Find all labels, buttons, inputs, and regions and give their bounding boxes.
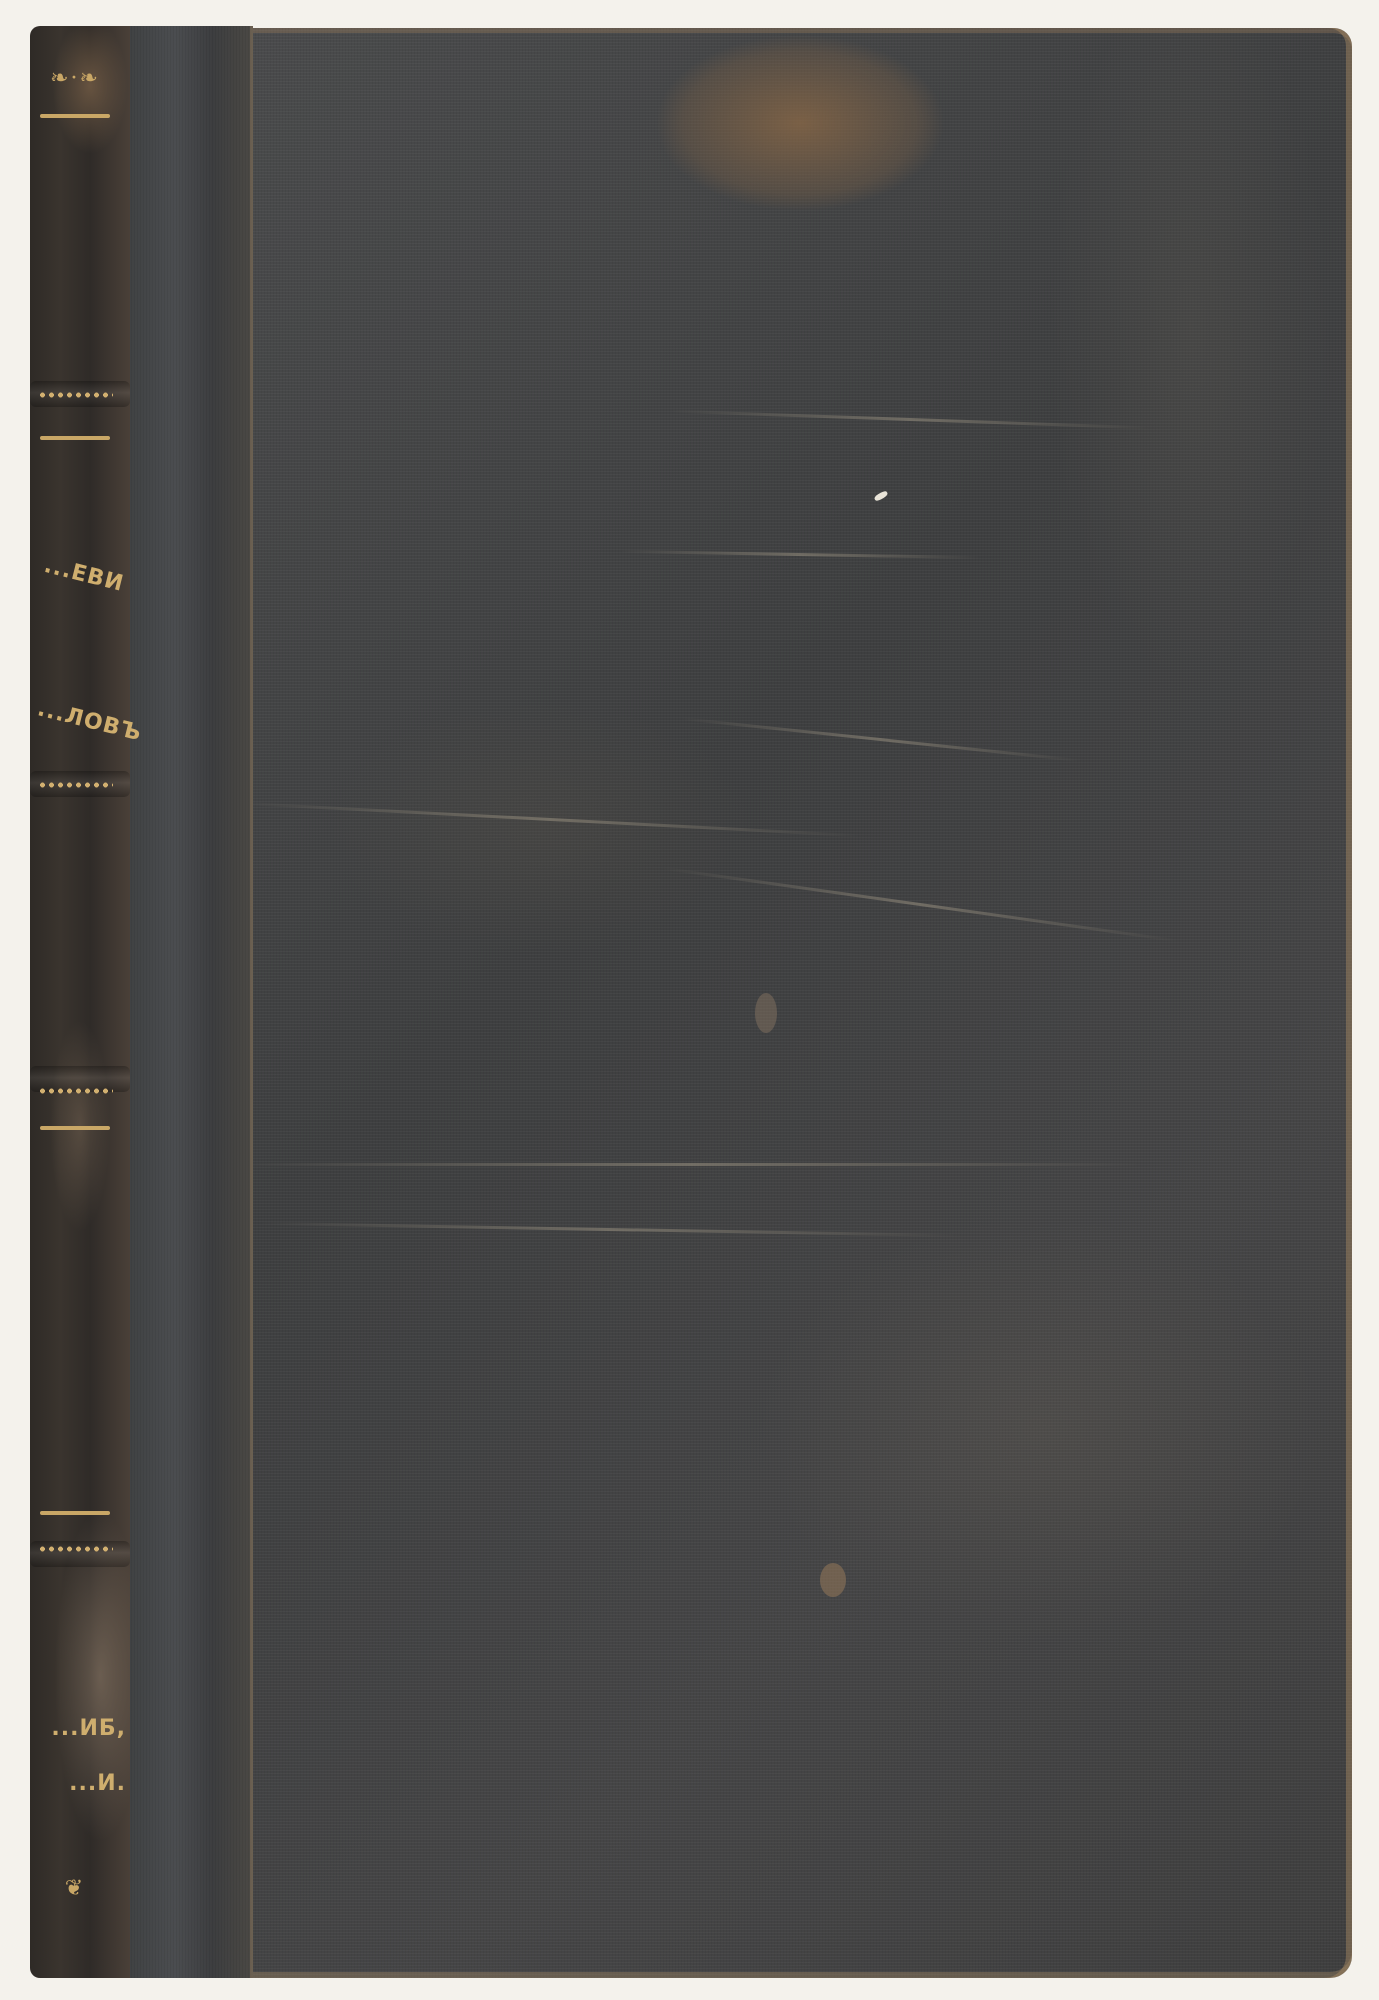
cover-stain	[820, 1563, 846, 1597]
front-cover-board	[240, 28, 1352, 1978]
gilt-rule	[40, 114, 110, 118]
gilt-dot-row	[38, 782, 113, 788]
gilt-rule	[40, 1126, 110, 1130]
cover-crease	[620, 550, 980, 559]
cover-crease	[681, 717, 1079, 762]
spine-title-line-1: ...ЕВИ	[35, 551, 126, 597]
cover-crease	[260, 1222, 960, 1237]
gilt-dot-row	[38, 1546, 113, 1552]
cover-scuff	[873, 490, 888, 502]
cover-crease	[240, 1163, 1140, 1166]
gilt-rule	[40, 1511, 110, 1515]
gilt-dot-row	[38, 1088, 113, 1094]
spine-bottom-line-2: ...И.	[38, 1771, 126, 1796]
bottom-ornament-icon: ❦	[40, 1876, 110, 1901]
cloth-hinge-strip	[125, 26, 253, 1978]
gilt-dot-row	[38, 392, 113, 398]
book: ❧·❧ ...ЕВИ ...ЛОВЪ ...ИБ, ...И. ❦	[30, 26, 1352, 1978]
top-ornament-icon: ❧·❧	[40, 66, 110, 91]
cover-crease	[240, 802, 859, 837]
cover-crease	[662, 867, 1177, 942]
spine-bottom-line-1: ...ИБ,	[38, 1716, 126, 1741]
gilt-rule	[40, 436, 110, 440]
raised-band	[30, 1541, 130, 1567]
leather-spine: ❧·❧ ...ЕВИ ...ЛОВЪ ...ИБ, ...И. ❦	[30, 26, 130, 1978]
spine-title-line-2: ...ЛОВЪ	[35, 696, 126, 742]
cover-crease	[670, 410, 1150, 430]
cover-stain	[755, 993, 777, 1033]
